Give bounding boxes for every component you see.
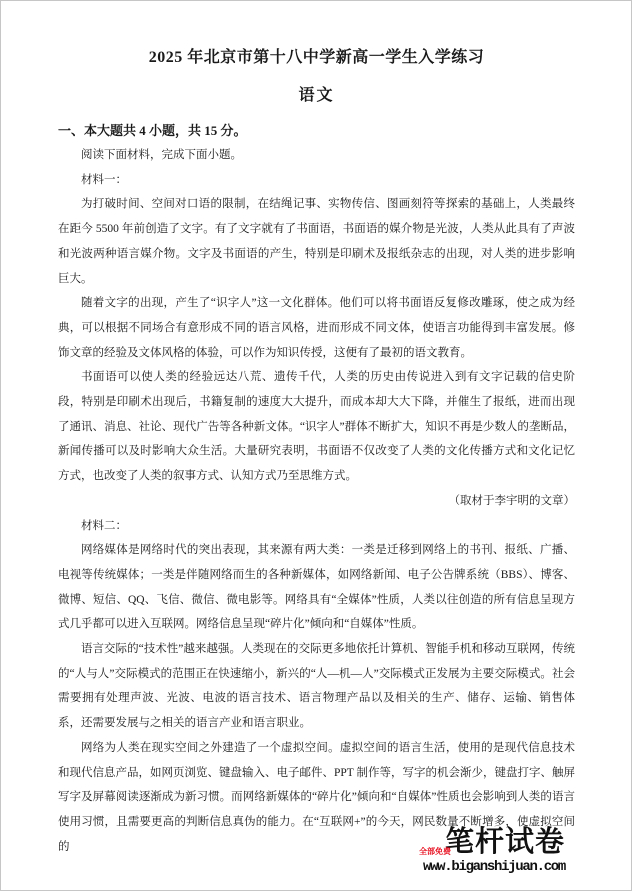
material1-paragraph: 书面语可以使人类的经验远达八荒、遗传千代，人类的历史由传说进入到有文字记载的信史… [58,365,575,489]
material1-label: 材料一： [58,168,575,193]
material2-paragraph: 语言交际的“技术性”越来越强。人类现在的交际更多地依托计算机、智能手机和移动互联… [58,637,575,736]
watermark-brand-name: 笔杆试卷 [445,826,565,858]
document-title: 2025 年北京市第十八中学新高一学生入学练习 [58,45,575,71]
material2-paragraph: 网络媒体是网络时代的突出表现，其来源有两大类：一类是迁移到网络上的书刊、报纸、广… [58,538,575,637]
document-body: 阅读下面材料，完成下面小题。 材料一： 为打破时间、空间对口语的限制，在结绳记事… [58,143,575,859]
material1-paragraph: 为打破时间、空间对口语的限制，在结绳记事、实物传信、图画刻符等探索的基础上，人类… [58,192,575,291]
material1-attribution: （取材于李宇明的文章） [58,489,575,514]
material1-paragraph: 随着文字的出现，产生了“识字人”这一文化群体。他们可以将书面语反复修改雕琢，使之… [58,291,575,365]
material2-label: 材料二： [58,514,575,539]
document-page: 2025 年北京市第十八中学新高一学生入学练习 语文 一、本大题共 4 小题，共… [0,0,632,891]
watermark-brand-row: 全部免费 笔杆试卷 [421,826,565,858]
document-subject: 语文 [58,83,575,109]
reading-instruction: 阅读下面材料，完成下面小题。 [58,143,575,168]
watermark-url: www.biganshijuan.com [421,859,565,876]
document-content: 2025 年北京市第十八中学新高一学生入学练习 语文 一、本大题共 4 小题，共… [1,1,631,859]
site-watermark: 全部免费 笔杆试卷 www.biganshijuan.com [421,826,565,876]
watermark-tagline: 全部免费 [419,846,451,857]
section-heading: 一、本大题共 4 小题，共 15 分。 [58,119,575,143]
